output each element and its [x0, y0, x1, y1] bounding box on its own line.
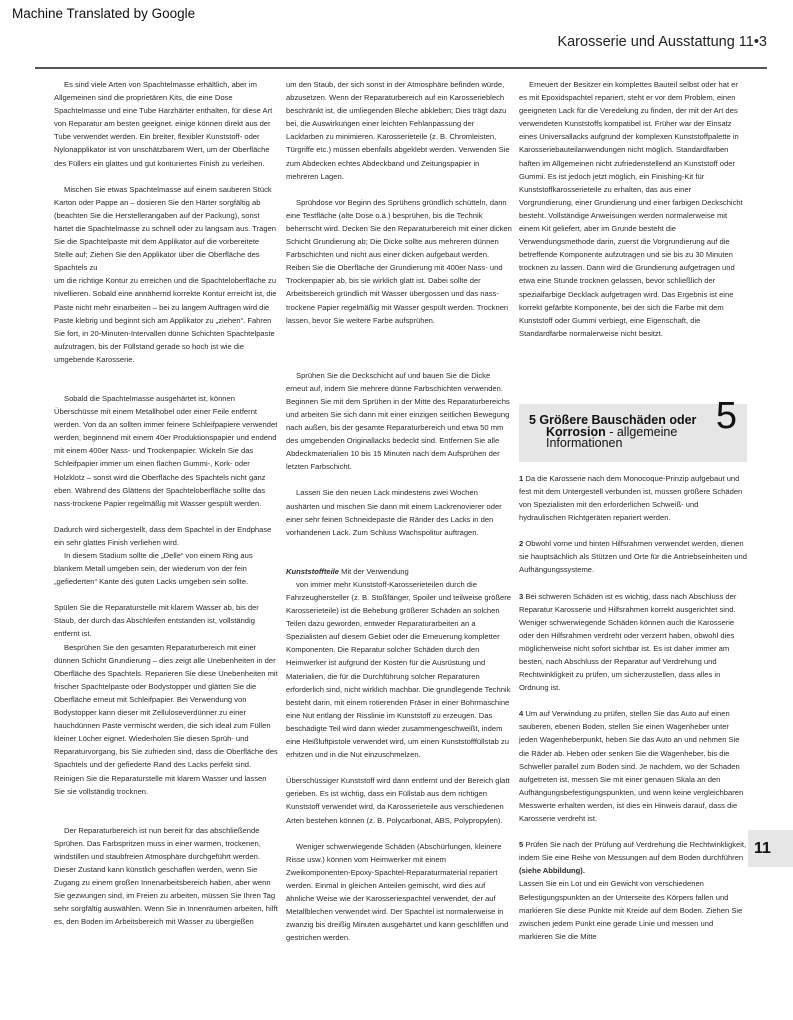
paragraph: Spülen Sie die Reparaturstelle mit klare…: [54, 601, 278, 640]
section-number: 5: [716, 410, 737, 423]
paragraph: um den Staub, der sich sonst in der Atmo…: [286, 78, 512, 183]
machine-translation-banner: Machine Translated by Google: [12, 6, 195, 21]
column-left: Es sind viele Arten von Spachtelmasse er…: [54, 78, 278, 928]
paragraph: Sprühen Sie die Deckschicht auf und baue…: [286, 369, 512, 474]
step-1: 1 Da die Karosserie nach dem Monocoque-P…: [519, 472, 747, 524]
paragraph: Sprühdose vor Beginn des Sprühens gründl…: [286, 196, 512, 327]
step-5: 5 Prüfen Sie nach der Prüfung auf Verdre…: [519, 838, 747, 877]
section-heading-box: 5 Größere Bauschäden oder Korrosion - al…: [519, 404, 747, 462]
paragraph: Sobald die Spachtelmasse ausgehärtet ist…: [54, 392, 278, 510]
running-head: Karosserie und Ausstattung 11•3: [557, 34, 767, 50]
paragraph: Weniger schwerwiegende Schäden (Abschürf…: [286, 840, 512, 945]
chapter-tab: 11: [748, 830, 793, 867]
column-right: Erneuert der Besitzer ein komplettes Bau…: [519, 78, 747, 943]
step-4: 4 Um auf Verwindung zu prüfen, stellen S…: [519, 707, 747, 825]
subheading-kunststoffteile: Kunststoffteile: [286, 567, 339, 576]
paragraph: Dadurch wird sichergestellt, dass dem Sp…: [54, 523, 278, 549]
step-3: 3 Bei schweren Schäden ist es wichtig, d…: [519, 590, 747, 695]
paragraph: In diesem Stadium sollte die „Delle“ von…: [54, 549, 278, 588]
paragraph: um die richtige Kontur zu erreichen und …: [54, 274, 278, 366]
paragraph: Besprühen Sie den gesamten Reparaturbere…: [54, 641, 278, 798]
paragraph: Überschüssiger Kunststoff wird dann entf…: [286, 774, 512, 826]
header-rule: [35, 67, 767, 69]
paragraph: Der Reparaturbereich ist nun bereit für …: [54, 824, 278, 929]
paragraph: Lassen Sie den neuen Lack mindestens zwe…: [286, 486, 512, 538]
paragraph: Erneuert der Besitzer ein komplettes Bau…: [519, 78, 747, 340]
figure-reference: (siehe Abbildung).: [519, 866, 585, 875]
paragraph: Lassen Sie ein Lot und ein Gewicht von v…: [519, 877, 747, 942]
column-middle: um den Staub, der sich sonst in der Atmo…: [286, 78, 512, 944]
step-2: 2 Obwohl vorne und hinten Hilfsrahmen ve…: [519, 537, 747, 576]
paragraph: von immer mehr Kunststoff-Karosserieteil…: [286, 578, 512, 761]
subheading-line: Kunststoffteile Mit der Verwendung: [286, 565, 512, 578]
paragraph: Mischen Sie etwas Spachtelmasse auf eine…: [54, 183, 278, 275]
paragraph: Es sind viele Arten von Spachtelmasse er…: [54, 78, 278, 170]
